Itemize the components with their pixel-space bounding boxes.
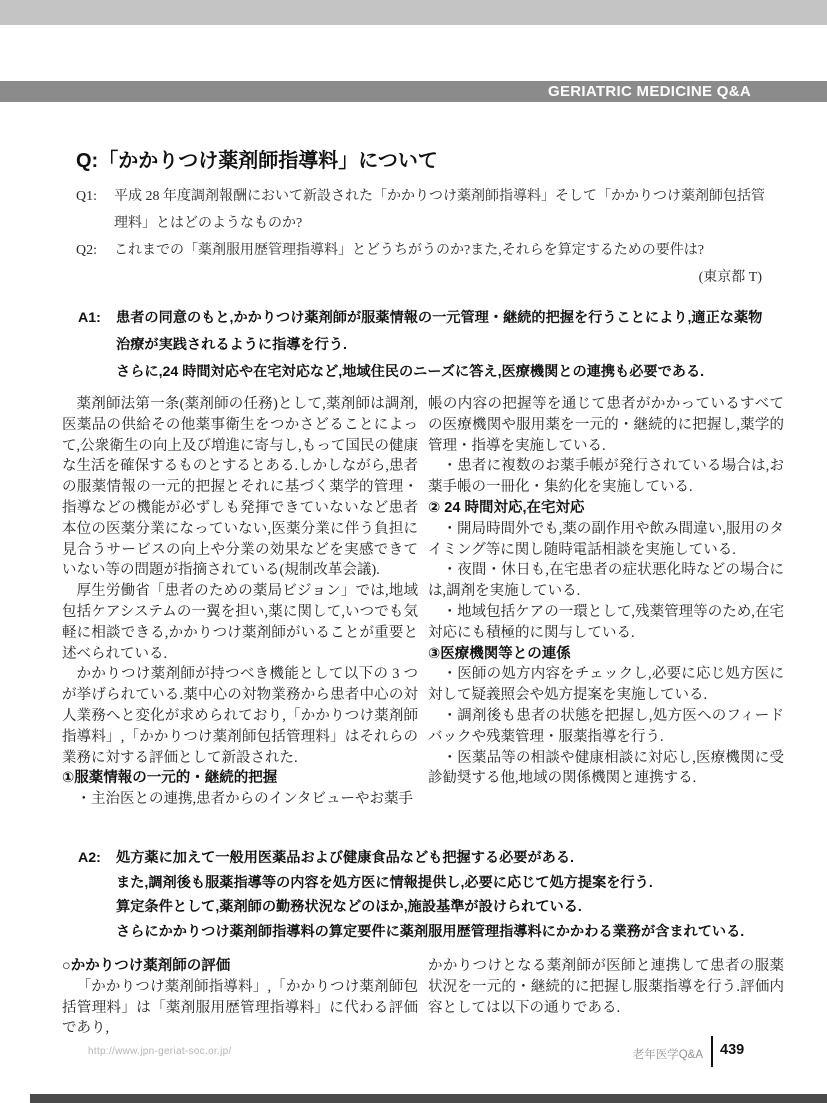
right-column: 帳の内容の把握等を通じて患者がかかっているすべての医療機関や服用薬を一元的・継続… — [428, 394, 784, 810]
answer2-block: A2: 処方薬に加えて一般用医薬品および健康食品なども把握する必要がある.また,… — [78, 846, 778, 944]
paragraph: ・調剤後も患者の状態を把握し,処方医へのフィードバックや残薬管理・服薬指導を行う… — [428, 706, 784, 748]
footer-divider — [711, 1036, 713, 1067]
answer-line: 患者の同意のもと,かかりつけ薬剤師が服薬情報の一元管理・継続的把握を行うことによ… — [116, 305, 772, 359]
page-number: 439 — [720, 1042, 744, 1058]
left-column: 薬剤師法第一条(薬剤師の任務)として,薬剤師は調剤,医薬品の供給その他薬事衛生を… — [62, 394, 418, 810]
evaluation-right-column: かかりつけとなる薬剤師が医師と連携して患者の服薬状況を一元的・継続的に把握し服薬… — [428, 956, 784, 1039]
answer2-text: 処方薬に加えて一般用医薬品および健康食品なども把握する必要がある.また,調剤後も… — [116, 846, 778, 944]
answer-line: 処方薬に加えて一般用医薬品および健康食品なども把握する必要がある. — [116, 846, 778, 871]
question-label: Q1: — [76, 183, 114, 237]
paragraph: かかりつけとなる薬剤師が医師と連携して患者の服薬状況を一元的・継続的に把握し服薬… — [428, 956, 784, 1018]
subheading: ①服薬情報の一元的・継続的把握 — [62, 768, 418, 789]
banner-text: GERIATRIC MEDICINE Q&A — [548, 83, 751, 100]
paragraph: ・夜間・休日も,在宅患者の症状悪化時などの場合には,調剤を実施している. — [428, 560, 784, 602]
article-title: Q:「かかりつけ薬剤師指導料」について — [76, 144, 438, 173]
question-attribution: (東京都 T) — [76, 264, 776, 291]
evaluation-left-column: ○かかりつけ薬剤師の評価「かかりつけ薬剤師指導料」,「かかりつけ薬剤師包括管理料… — [62, 956, 418, 1039]
section-banner: GERIATRIC MEDICINE Q&A — [0, 81, 827, 102]
paragraph: かかりつけ薬剤師が持つべき機能として以下の 3 つが挙げられている.薬中心の対物… — [62, 664, 418, 768]
answer1-text: 患者の同意のもと,かかりつけ薬剤師が服薬情報の一元管理・継続的把握を行うことによ… — [116, 305, 772, 386]
paragraph: ・医師の処方内容をチェックし,必要に応じ処方医に対して疑義照会や処方提案を実施し… — [428, 664, 784, 706]
question-row: Q2:これまでの「薬剤服用歴管理指導料」とどうちがうのか?また,それらを算定する… — [76, 237, 776, 264]
footer-journal-label: 老年医学Q&A — [633, 1046, 703, 1062]
question-text: 平成 28 年度調剤報酬において新設された「かかりつけ薬剤師指導料」そして「かか… — [114, 183, 776, 237]
subheading: ② 24 時間対応,在宅対応 — [428, 498, 784, 519]
paragraph: 厚生労働省「患者のための薬局ビジョン」では,地域包括ケアシステムの一翼を担い,薬… — [62, 581, 418, 664]
paragraph: 薬剤師法第一条(薬剤師の任務)として,薬剤師は調剤,医薬品の供給その他薬事衛生を… — [62, 394, 418, 581]
bottom-dark-bar — [30, 1094, 827, 1103]
question-text: これまでの「薬剤服用歴管理指導料」とどうちがうのか?また,それらを算定するための… — [114, 237, 776, 264]
paragraph: 帳の内容の把握等を通じて患者がかかっているすべての医療機関や服用薬を一元的・継続… — [428, 394, 784, 456]
paragraph: ・開局時間外でも,薬の副作用や飲み間違い,服用のタイミング等に関し随時電話相談を… — [428, 519, 784, 561]
answer-line: 算定条件として,薬剤師の勤務状況などのほか,施設基準が設けられている. — [116, 895, 778, 920]
subheading: ③医療機関等との連係 — [428, 644, 784, 665]
paragraph: ・患者に複数のお薬手帳が発行されている場合は,お薬手帳の一冊化・集約化を実施して… — [428, 456, 784, 498]
footer-url: http://www.jpn-geriat-soc.or.jp/ — [88, 1046, 232, 1057]
subheading: ○かかりつけ薬剤師の評価 — [62, 956, 418, 977]
evaluation-columns: ○かかりつけ薬剤師の評価「かかりつけ薬剤師指導料」,「かかりつけ薬剤師包括管理料… — [62, 956, 784, 1039]
question-label: Q2: — [76, 237, 114, 264]
answer-line: さらに,24 時間対応や在宅対応など,地域住民のニーズに答え,医療機関との連携も… — [116, 359, 772, 386]
question-list: Q1:平成 28 年度調剤報酬において新設された「かかりつけ薬剤師指導料」そして… — [76, 183, 776, 264]
paragraph: ・地域包括ケアの一環として,残薬管理等のため,在宅対応にも積極的に関与している. — [428, 602, 784, 644]
answer1-block: A1: 患者の同意のもと,かかりつけ薬剤師が服薬情報の一元管理・継続的把握を行う… — [78, 305, 772, 386]
question-row: Q1:平成 28 年度調剤報酬において新設された「かかりつけ薬剤師指導料」そして… — [76, 183, 776, 237]
paragraph: 「かかりつけ薬剤師指導料」,「かかりつけ薬剤師包括管理料」は「薬剤服用歴管理指導… — [62, 977, 418, 1039]
top-gray-bar — [0, 0, 827, 25]
body-columns: 薬剤師法第一条(薬剤師の任務)として,薬剤師は調剤,医薬品の供給その他薬事衛生を… — [62, 394, 784, 810]
question-block: Q1:平成 28 年度調剤報酬において新設された「かかりつけ薬剤師指導料」そして… — [76, 183, 776, 291]
answer1-label: A1: — [78, 305, 116, 386]
answer-line: さらにかかりつけ薬剤師指導料の算定要件に薬剤服用歴管理指導料にかかわる業務が含ま… — [116, 920, 778, 945]
answer2-label: A2: — [78, 846, 116, 944]
paragraph: ・医薬品等の相談や健康相談に対応し,医療機関に受診勧奨する他,地域の関係機関と連… — [428, 748, 784, 790]
journal-page: GERIATRIC MEDICINE Q&A Q:「かかりつけ薬剤師指導料」につ… — [0, 0, 827, 1103]
answer-line: また,調剤後も服薬指導等の内容を処方医に情報提供し,必要に応じて処方提案を行う. — [116, 871, 778, 896]
paragraph: ・主治医との連携,患者からのインタビューやお薬手 — [62, 789, 418, 810]
